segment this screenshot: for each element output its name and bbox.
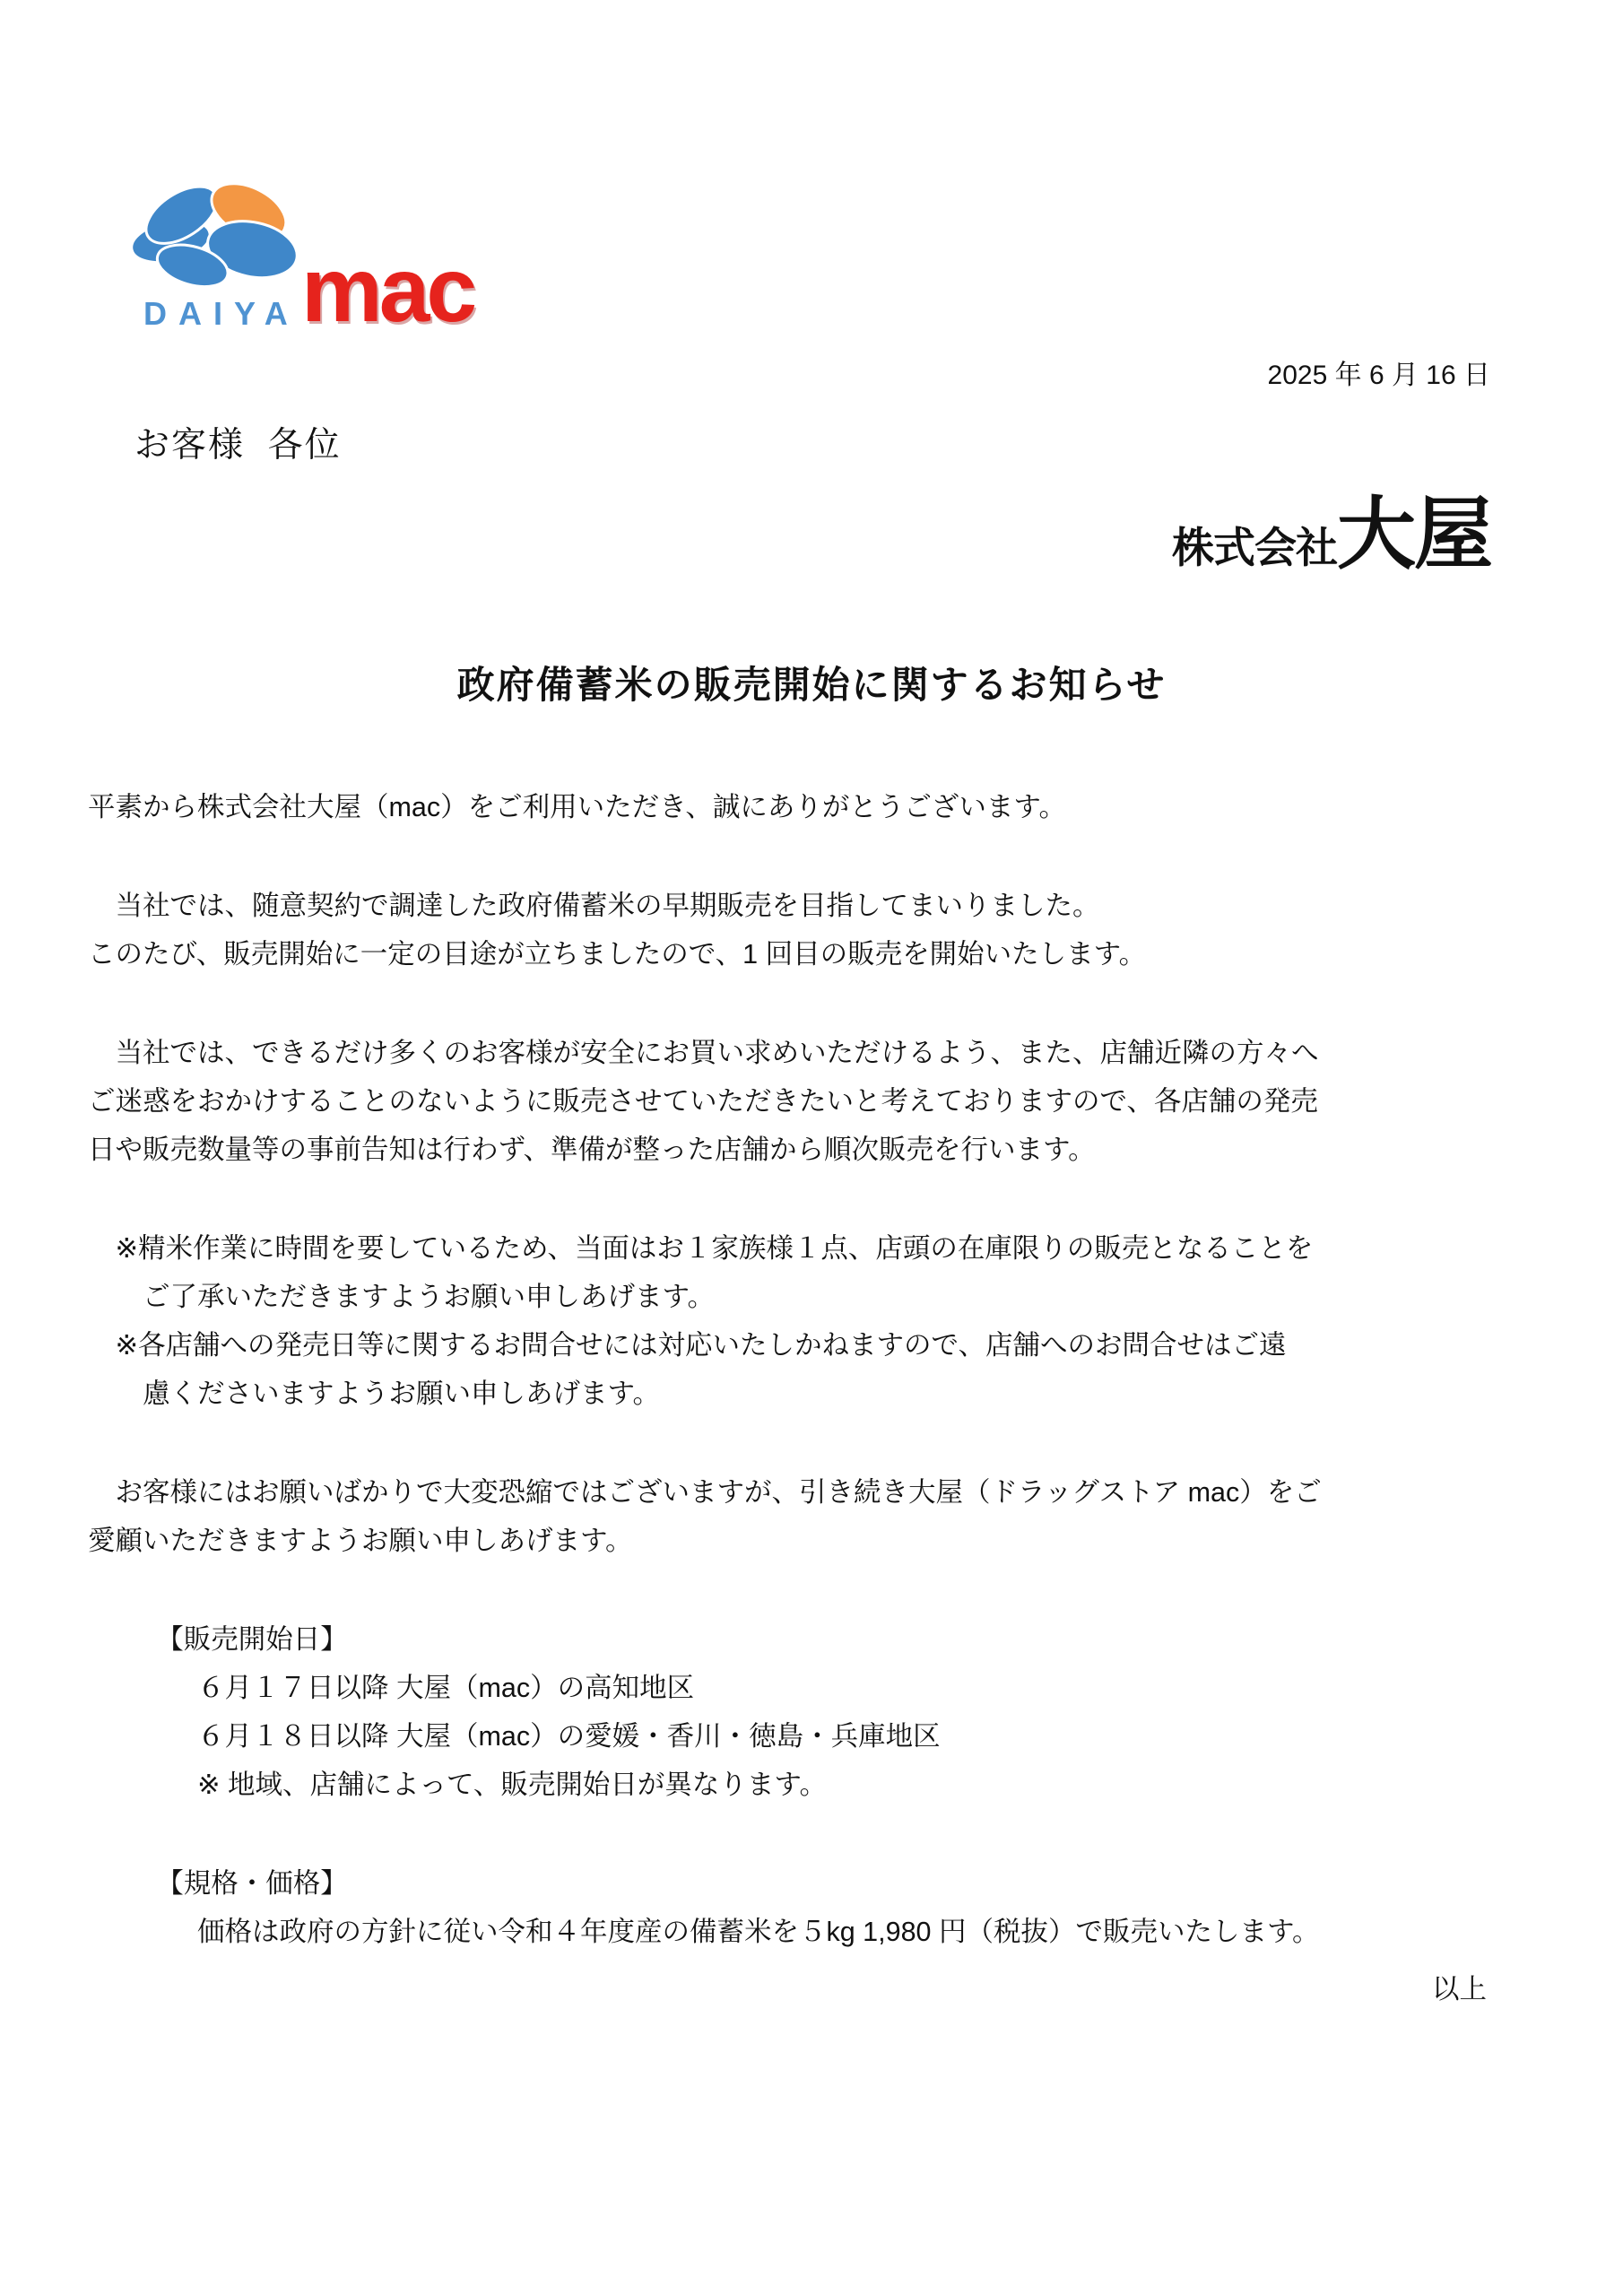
paragraph: 当社では、随意契約で調達した政府備蓄米の早期販売を目指してまいりました。このたび… <box>88 882 1533 978</box>
closing-word: 以上 <box>88 1965 1533 2013</box>
paragraph: 当社では、できるだけ多くのお客様が安全にお買い求めいただけるよう、また、店舗近隣… <box>88 1029 1533 1174</box>
body-line: ご迷惑をおかけすることのないように販売させていただきたいと考えておりますので、各… <box>88 1077 1533 1126</box>
paragraph: 平素から株式会社大屋（mac）をご利用いただき、誠にありがとうございます。 <box>88 783 1533 831</box>
paragraph: 【販売開始日】 ６月１７日以降 大屋（mac）の高知地区 ６月１８日以降 大屋（… <box>88 1615 1533 1809</box>
paragraph: 【規格・価格】 価格は政府の方針に従い令和４年度産の備蓄米を５kg 1,980 … <box>88 1859 1533 1956</box>
letter-body: 平素から株式会社大屋（mac）をご利用いただき、誠にありがとうございます。 当社… <box>88 783 1533 2013</box>
body-line: ※各店舗への発売日等に関するお問合せには対応いたしかねますので、店舗へのお問合せ… <box>88 1321 1533 1370</box>
document-page: DAIYA mac 2025 年 6 月 16 日 お客様 各位 株式会社大屋 … <box>0 0 1623 2296</box>
body-line: 当社では、できるだけ多くのお客様が安全にお買い求めいただけるよう、また、店舗近隣… <box>88 1029 1533 1077</box>
body-line: 価格は政府の方針に従い令和４年度産の備蓄米を５kg 1,980 円（税抜）で販売… <box>88 1908 1533 1956</box>
body-line: 平素から株式会社大屋（mac）をご利用いただき、誠にありがとうございます。 <box>88 783 1533 831</box>
body-line: 慮くださいますようお願い申しあげます。 <box>88 1370 1533 1418</box>
paragraph: お客様にはお願いばかりで大変恐縮ではございますが、引き続き大屋（ドラッグストア … <box>88 1468 1533 1565</box>
daiya-flower-icon <box>133 185 301 287</box>
body-line: お客様にはお願いばかりで大変恐縮ではございますが、引き続き大屋（ドラッグストア … <box>88 1468 1533 1517</box>
body-line: 当社では、随意契約で調達した政府備蓄米の早期販売を目指してまいりました。 <box>88 882 1533 930</box>
body-line: ６月１８日以降 大屋（mac）の愛媛・香川・徳島・兵庫地区 <box>88 1712 1533 1761</box>
recipient: お客様 各位 <box>135 417 342 467</box>
company-main: 大屋 <box>1337 495 1491 574</box>
document-date: 2025 年 6 月 16 日 <box>1268 352 1490 392</box>
body-line: このたび、販売開始に一定の目途が立ちましたので、1 回目の販売を開始いたします。 <box>88 930 1533 978</box>
daiya-logo-text: DAIYA <box>143 298 299 330</box>
body-line: 【販売開始日】 <box>88 1615 1533 1664</box>
company-prefix: 株式会社 <box>1172 526 1337 574</box>
body-line: 【規格・価格】 <box>88 1859 1533 1908</box>
company-name: 株式会社大屋 <box>1172 495 1491 574</box>
body-line: ご了承いただきますようお願い申しあげます。 <box>88 1273 1533 1321</box>
body-line: 日や販売数量等の事前告知は行わず、準備が整った店舗から順次販売を行います。 <box>88 1126 1533 1174</box>
document-title: 政府備蓄米の販売開始に関するお知らせ <box>0 656 1623 709</box>
body-line: ※ 地域、店舗によって、販売開始日が異なります。 <box>88 1761 1533 1809</box>
mac-logo-text: mac <box>301 244 473 335</box>
paragraph: ※精米作業に時間を要しているため、当面はお１家族様１点、店頭の在庫限りの販売とな… <box>88 1224 1533 1418</box>
body-line: ６月１７日以降 大屋（mac）の高知地区 <box>88 1664 1533 1712</box>
body-line: ※精米作業に時間を要しているため、当面はお１家族様１点、店頭の在庫限りの販売とな… <box>88 1224 1533 1273</box>
body-line: 愛顧いただきますようお願い申しあげます。 <box>88 1517 1533 1565</box>
